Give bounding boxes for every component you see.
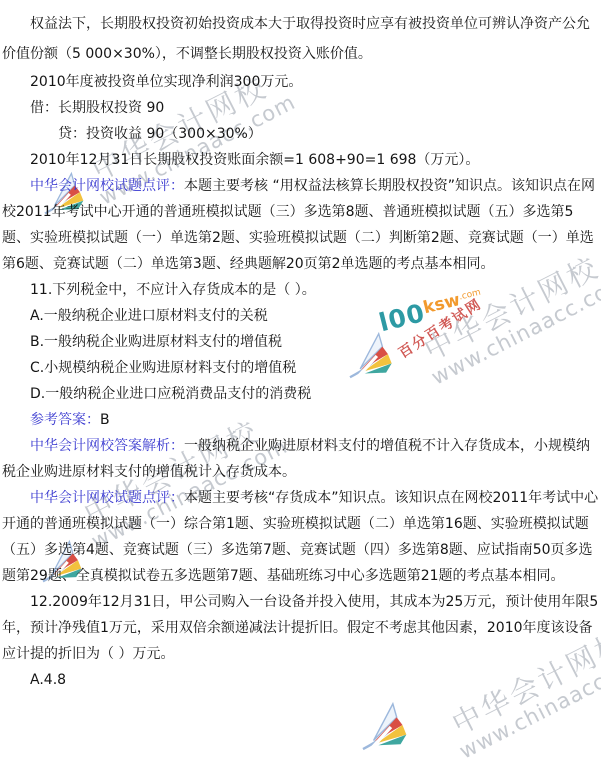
question-11-stem: 11.下列税金中，不应计入存货成本的是（ ）。 <box>2 277 599 303</box>
paragraph-review-1: 中华会计网校试题点评：本题主要考核 “用权益法核算长期股权投资”知识点。该知识点… <box>2 173 599 277</box>
question-11-option-a: A.一般纳税企业进口原材料支付的关税 <box>2 303 599 329</box>
question-11-option-b: B.一般纳税企业购进原材料支付的增值税 <box>2 329 599 355</box>
question-12-option-a: A.4.8 <box>2 667 599 693</box>
question-12-stem: 12.2009年12月31日，甲公司购入一台设备并投入使用，其成本为25万元，预… <box>2 589 599 667</box>
question-11-option-c: C.小规模纳税企业购进原材料支付的增值税 <box>2 355 599 381</box>
paragraph-review-2: 中华会计网校试题点评：本题主要考核“存货成本”知识点。该知识点在网校2011年考… <box>2 485 599 589</box>
analysis-label: 中华会计网校答案解析： <box>30 438 184 454</box>
journal-entry-debit: 借：长期股权投资 90 <box>2 95 599 121</box>
reference-answer: 参考答案：B <box>2 407 599 433</box>
journal-entry-credit: 贷：投资收益 90（300×30%） <box>2 121 599 147</box>
review-2-label: 中华会计网校试题点评： <box>30 490 184 506</box>
reference-answer-label: 参考答案： <box>30 412 100 428</box>
question-11-option-d: D.一般纳税企业进口应税消费品支付的消费税 <box>2 381 599 407</box>
document-page: 中华会计网校 www.chinaacc.com l00ksw.com 百分百考试… <box>0 0 601 758</box>
paragraph-net-profit: 2010年度被投资单位实现净利润300万元。 <box>2 69 599 95</box>
document-content: 权益法下，长期股权投资初始投资成本大于取得投资时应享有被投资单位可辨认净资产公允… <box>0 0 601 693</box>
megaphone-logo-icon <box>360 700 418 756</box>
paragraph-balance: 2010年12月31日长期股权投资账面余额=1 608+90=1 698（万元）… <box>2 147 599 173</box>
review-1-label: 中华会计网校试题点评： <box>30 178 184 194</box>
reference-answer-value: B <box>100 412 110 428</box>
paragraph-equity-method: 权益法下，长期股权投资初始投资成本大于取得投资时应享有被投资单位可辨认净资产公允… <box>2 9 599 69</box>
paragraph-analysis: 中华会计网校答案解析：一般纳税企业购进原材料支付的增值税不计入存货成本，小规模纳… <box>2 433 599 485</box>
